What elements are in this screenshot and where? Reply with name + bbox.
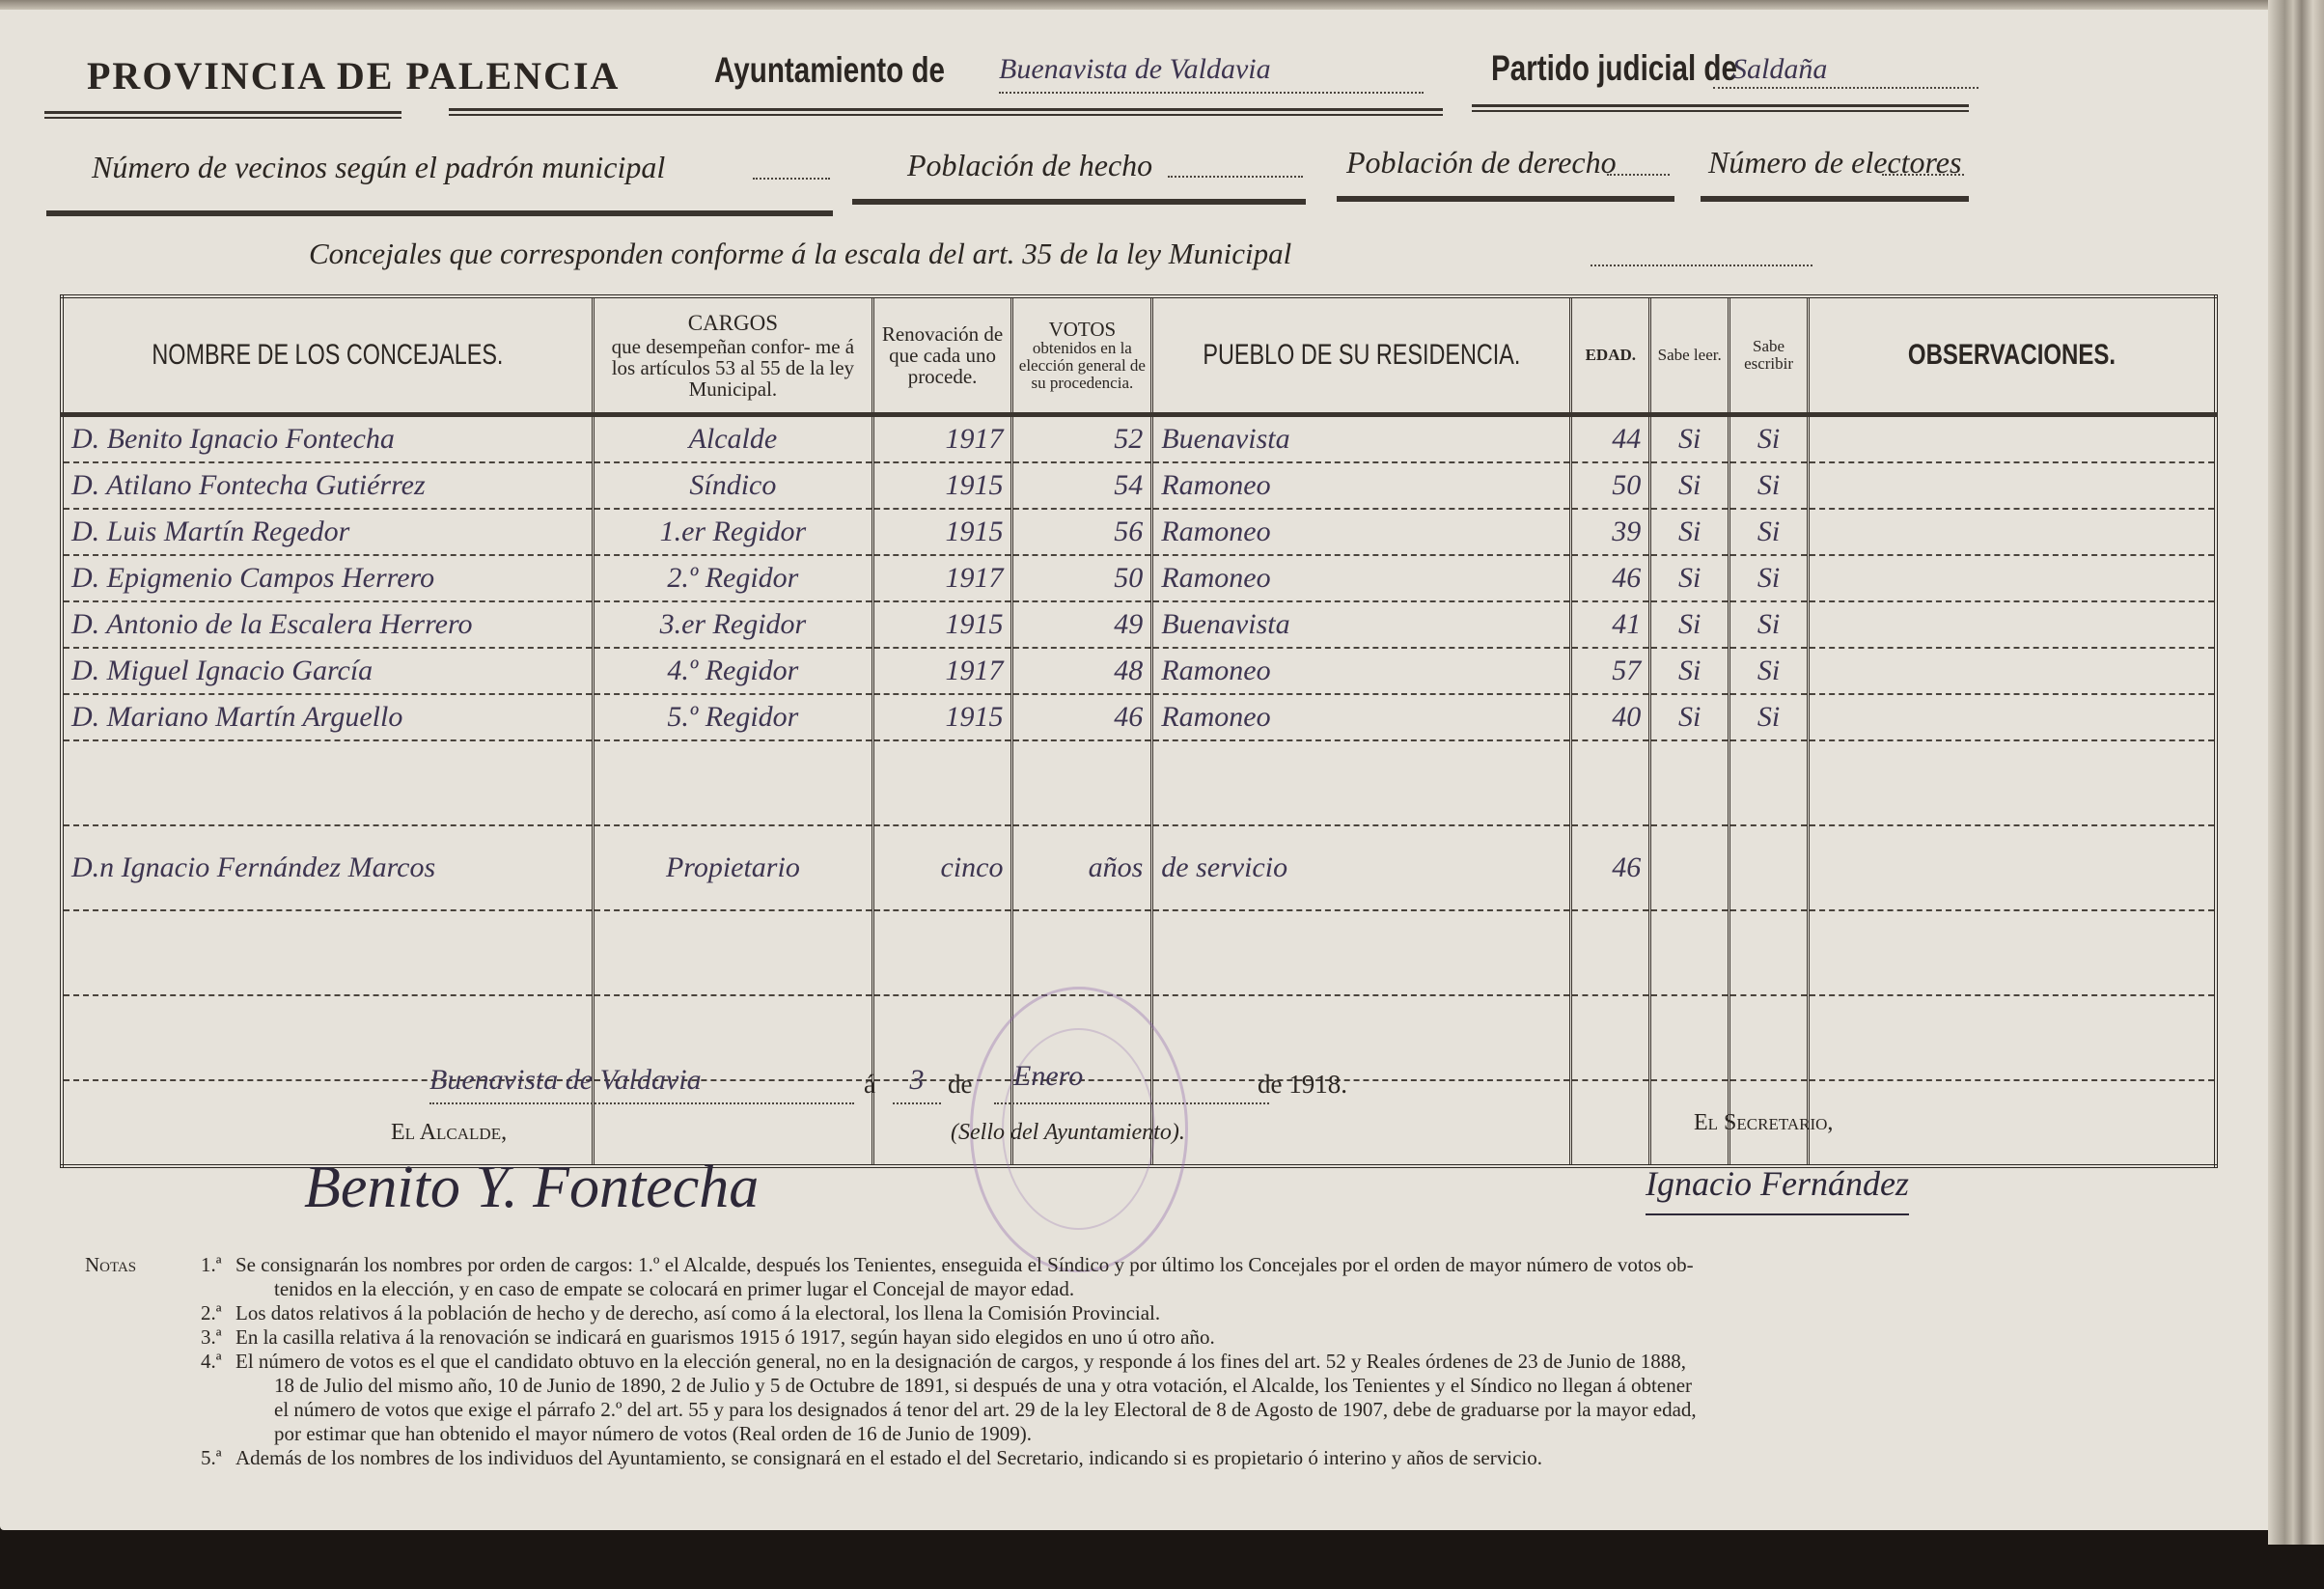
cell-leer[interactable]: Si bbox=[1650, 462, 1729, 509]
cell-renovacion[interactable]: 1917 bbox=[872, 648, 1012, 694]
cell-observaciones[interactable] bbox=[1809, 694, 2216, 740]
cell-votos[interactable] bbox=[1012, 910, 1152, 995]
cell-observaciones[interactable] bbox=[1809, 648, 2216, 694]
note-item: 3.ª En la casilla relativa á la renovaci… bbox=[85, 1325, 2291, 1350]
note-item: 4.ª El número de votos es el que el cand… bbox=[85, 1350, 2291, 1374]
notes-section: Notas 1.ª Se consignarán los nombres por… bbox=[85, 1253, 2291, 1470]
cell-escribir[interactable]: Si bbox=[1729, 648, 1809, 694]
cell-cargo[interactable]: Síndico bbox=[594, 462, 872, 509]
col-header-pueblo: PUEBLO DE SU RESIDENCIA. bbox=[1152, 296, 1571, 415]
cell-pueblo[interactable]: Buenavista bbox=[1152, 601, 1571, 648]
ayuntamiento-label: Ayuntamiento de bbox=[714, 50, 945, 91]
note-text: 18 de Julio del mismo año, 10 de Junio d… bbox=[85, 1374, 2291, 1398]
note-text: En la casilla relativa á la renovación s… bbox=[235, 1325, 2291, 1350]
cell-edad[interactable] bbox=[1571, 995, 1650, 1080]
electores-field[interactable] bbox=[1882, 170, 1964, 176]
cell-nombre[interactable]: D. Antonio de la Escalera Herrero bbox=[62, 601, 594, 648]
cell-renovacion[interactable]: 1917 bbox=[872, 415, 1012, 463]
cell-nombre[interactable]: D. Atilano Fontecha Gutiérrez bbox=[62, 462, 594, 509]
cell-renovacion[interactable]: cinco bbox=[872, 825, 1012, 910]
cell-escribir[interactable]: Si bbox=[1729, 694, 1809, 740]
cell-pueblo[interactable]: Buenavista bbox=[1152, 415, 1571, 463]
divider bbox=[1472, 104, 1969, 112]
cell-pueblo[interactable]: de servicio bbox=[1152, 825, 1571, 910]
divider bbox=[46, 210, 833, 216]
cell-votos[interactable]: 54 bbox=[1012, 462, 1152, 509]
table-row: D. Miguel Ignacio García 4.º Regidor 191… bbox=[62, 648, 2216, 694]
cell-escribir[interactable]: Si bbox=[1729, 601, 1809, 648]
table-row-secretario: D.n Ignacio Fernández Marcos Propietario… bbox=[62, 825, 2216, 910]
cell-observaciones[interactable] bbox=[1809, 601, 2216, 648]
cell-cargo[interactable]: Propietario bbox=[594, 825, 872, 910]
col-header-edad: EDAD. bbox=[1571, 296, 1650, 415]
note-item: 5.ª Además de los nombres de los individ… bbox=[85, 1446, 2291, 1470]
cell-pueblo[interactable]: Ramoneo bbox=[1152, 555, 1571, 601]
secretario-signature: Ignacio Fernández bbox=[1646, 1163, 1909, 1215]
cell-leer[interactable]: Si bbox=[1650, 415, 1729, 463]
cell-observaciones[interactable] bbox=[1809, 825, 2216, 910]
day-field[interactable]: 3 bbox=[893, 1064, 941, 1104]
table-row bbox=[62, 740, 2216, 825]
col-header-nombre: NOMBRE DE LOS CONCEJALES. bbox=[62, 296, 594, 415]
table-row: D. Antonio de la Escalera Herrero 3.er R… bbox=[62, 601, 2216, 648]
cell-observaciones[interactable] bbox=[1809, 740, 2216, 825]
divider bbox=[1337, 196, 1674, 202]
divider bbox=[1701, 196, 1969, 202]
concejales-field[interactable] bbox=[1591, 261, 1812, 266]
table-row: D. Benito Ignacio Fontecha Alcalde 1917 … bbox=[62, 415, 2216, 463]
divider bbox=[449, 108, 1443, 116]
col-header-cargos: CARGOS que desempeñan confor- me á los a… bbox=[594, 296, 872, 415]
hecho-label: Población de hecho bbox=[907, 148, 1152, 183]
note-text: por estimar que han obtenido el mayor nú… bbox=[85, 1422, 2291, 1446]
concejales-label: Concejales que corresponden conforme á l… bbox=[309, 237, 1291, 271]
cell-edad[interactable] bbox=[1571, 910, 1650, 995]
cell-edad[interactable]: 39 bbox=[1571, 509, 1650, 555]
alcalde-label: El Alcalde, bbox=[391, 1120, 507, 1146]
table-header-row: NOMBRE DE LOS CONCEJALES. CARGOS que des… bbox=[62, 296, 2216, 415]
note-number: 4.ª bbox=[201, 1350, 235, 1374]
cell-pueblo[interactable]: Ramoneo bbox=[1152, 648, 1571, 694]
cell-renovacion[interactable]: 1917 bbox=[872, 555, 1012, 601]
cell-escribir[interactable]: Si bbox=[1729, 509, 1809, 555]
cell-observaciones[interactable] bbox=[1809, 415, 2216, 463]
cell-cargo[interactable]: 1.er Regidor bbox=[594, 509, 872, 555]
cell-escribir[interactable] bbox=[1729, 740, 1809, 825]
partido-field[interactable]: Saldaña bbox=[1713, 53, 1978, 89]
hecho-field[interactable] bbox=[1168, 172, 1303, 178]
cell-renovacion[interactable]: 1915 bbox=[872, 462, 1012, 509]
cell-cargo[interactable]: Alcalde bbox=[594, 415, 872, 463]
cell-nombre[interactable]: D. Mariano Martín Arguello bbox=[62, 694, 594, 740]
cell-pueblo[interactable] bbox=[1152, 740, 1571, 825]
table-row: D. Mariano Martín Arguello 5.º Regidor 1… bbox=[62, 694, 2216, 740]
secretario-label: El Secretario, bbox=[1694, 1110, 1833, 1136]
cell-votos[interactable]: 50 bbox=[1012, 555, 1152, 601]
cell-leer[interactable]: Si bbox=[1650, 648, 1729, 694]
cell-edad[interactable]: 46 bbox=[1571, 825, 1650, 910]
place-field[interactable]: Buenavista de Valdavia bbox=[429, 1064, 854, 1104]
cell-pueblo[interactable]: Ramoneo bbox=[1152, 509, 1571, 555]
cell-renovacion[interactable] bbox=[872, 910, 1012, 995]
ayuntamiento-field[interactable]: Buenavista de Valdavia bbox=[999, 53, 1424, 94]
table-row bbox=[62, 910, 2216, 995]
derecho-label: Población de derecho bbox=[1346, 145, 1617, 181]
cell-cargo[interactable] bbox=[594, 910, 872, 995]
cell-edad[interactable]: 44 bbox=[1571, 415, 1650, 463]
col-header-votos: VOTOS obtenidos en la elección general d… bbox=[1012, 296, 1152, 415]
cell-cargo[interactable]: 3.er Regidor bbox=[594, 601, 872, 648]
cell-votos[interactable]: años bbox=[1012, 825, 1152, 910]
col-header-renovacion: Renovación de que cada uno procede. bbox=[872, 296, 1012, 415]
table-row: D. Luis Martín Regedor 1.er Regidor 1915… bbox=[62, 509, 2216, 555]
cell-nombre[interactable] bbox=[62, 910, 594, 995]
divider bbox=[44, 111, 401, 119]
col-header-leer: Sabe leer. bbox=[1650, 296, 1729, 415]
alcalde-signature: Benito Y. Fontecha bbox=[304, 1154, 759, 1222]
note-text: el número de votos que exige el párrafo … bbox=[85, 1398, 2291, 1422]
cell-nombre[interactable]: D. Epigmenio Campos Herrero bbox=[62, 555, 594, 601]
cell-renovacion[interactable] bbox=[872, 740, 1012, 825]
table-row: D. Epigmenio Campos Herrero 2.º Regidor … bbox=[62, 555, 2216, 601]
cell-renovacion[interactable]: 1915 bbox=[872, 509, 1012, 555]
cell-observaciones[interactable] bbox=[1809, 555, 2216, 601]
cell-escribir[interactable] bbox=[1729, 825, 1809, 910]
col-header-observaciones: OBSERVACIONES. bbox=[1809, 296, 2216, 415]
cell-pueblo[interactable]: Ramoneo bbox=[1152, 694, 1571, 740]
note-number: 3.ª bbox=[201, 1325, 235, 1350]
note-number: 5.ª bbox=[201, 1446, 235, 1470]
page-top-edge bbox=[0, 0, 2324, 10]
month-field[interactable]: Enero bbox=[994, 1060, 1269, 1104]
table-row: D. Atilano Fontecha Gutiérrez Síndico 19… bbox=[62, 462, 2216, 509]
cell-edad[interactable]: 50 bbox=[1571, 462, 1650, 509]
date-de: de bbox=[948, 1070, 972, 1100]
note-item: Notas 1.ª Se consignarán los nombres por… bbox=[85, 1253, 2291, 1277]
note-text: tenidos en la elección, y en caso de emp… bbox=[85, 1277, 2291, 1301]
cell-observaciones[interactable] bbox=[1809, 509, 2216, 555]
cell-votos[interactable]: 56 bbox=[1012, 509, 1152, 555]
cell-renovacion[interactable]: 1915 bbox=[872, 601, 1012, 648]
cell-nombre[interactable]: D.n Ignacio Fernández Marcos bbox=[62, 825, 594, 910]
cell-leer[interactable] bbox=[1650, 995, 1729, 1080]
cell-renovacion[interactable]: 1915 bbox=[872, 694, 1012, 740]
cell-edad[interactable] bbox=[1571, 1080, 1650, 1166]
vecinos-label: Número de vecinos según el padrón munici… bbox=[92, 150, 665, 185]
cell-nombre[interactable]: D. Benito Ignacio Fontecha bbox=[62, 415, 594, 463]
cell-cargo[interactable]: 2.º Regidor bbox=[594, 555, 872, 601]
notes-label: Notas bbox=[85, 1253, 201, 1277]
note-text: Además de los nombres de los individuos … bbox=[235, 1446, 2291, 1470]
cell-nombre[interactable]: D. Luis Martín Regedor bbox=[62, 509, 594, 555]
note-text: Los datos relativos á la población de he… bbox=[235, 1301, 2291, 1325]
cell-edad[interactable] bbox=[1571, 740, 1650, 825]
cell-escribir[interactable] bbox=[1729, 995, 1809, 1080]
cell-votos[interactable] bbox=[1012, 740, 1152, 825]
cell-observaciones[interactable] bbox=[1809, 1080, 2216, 1166]
cell-edad[interactable]: 40 bbox=[1571, 694, 1650, 740]
cell-votos[interactable]: 48 bbox=[1012, 648, 1152, 694]
partido-label: Partido judicial de bbox=[1491, 48, 1737, 89]
note-number: 2.ª bbox=[201, 1301, 235, 1325]
derecho-field[interactable] bbox=[1607, 170, 1670, 176]
cell-cargo[interactable]: 4.º Regidor bbox=[594, 648, 872, 694]
cell-observaciones[interactable] bbox=[1809, 462, 2216, 509]
divider bbox=[852, 199, 1306, 205]
cell-observaciones[interactable] bbox=[1809, 910, 2216, 995]
cell-pueblo[interactable] bbox=[1152, 910, 1571, 995]
col-header-escribir: Sabe escribir bbox=[1729, 296, 1809, 415]
cell-nombre[interactable] bbox=[62, 740, 594, 825]
cell-leer[interactable] bbox=[1650, 825, 1729, 910]
cell-votos[interactable]: 46 bbox=[1012, 694, 1152, 740]
cell-leer[interactable]: Si bbox=[1650, 555, 1729, 601]
cell-escribir[interactable]: Si bbox=[1729, 555, 1809, 601]
cell-edad[interactable]: 41 bbox=[1571, 601, 1650, 648]
cell-escribir[interactable]: Si bbox=[1729, 415, 1809, 463]
year-text: de 1918. bbox=[1258, 1070, 1347, 1100]
sello-label: (Sello del Ayuntamiento). bbox=[951, 1120, 1185, 1146]
cell-votos[interactable]: 49 bbox=[1012, 601, 1152, 648]
cell-leer[interactable]: Si bbox=[1650, 601, 1729, 648]
note-text: El número de votos es el que el candidat… bbox=[235, 1350, 2291, 1374]
cell-pueblo[interactable]: Ramoneo bbox=[1152, 462, 1571, 509]
cell-leer[interactable] bbox=[1650, 910, 1729, 995]
cell-leer[interactable] bbox=[1650, 740, 1729, 825]
date-a: á bbox=[864, 1070, 875, 1100]
cell-cargo[interactable]: 5.º Regidor bbox=[594, 694, 872, 740]
cell-cargo[interactable] bbox=[594, 740, 872, 825]
note-text: Se consignarán los nombres por orden de … bbox=[235, 1253, 2291, 1277]
note-item: 2.ª Los datos relativos á la población d… bbox=[85, 1301, 2291, 1325]
cell-escribir[interactable] bbox=[1729, 910, 1809, 995]
cell-escribir[interactable]: Si bbox=[1729, 462, 1809, 509]
note-number: 1.ª bbox=[201, 1253, 235, 1277]
vecinos-field[interactable] bbox=[753, 174, 830, 180]
cell-edad[interactable]: 57 bbox=[1571, 648, 1650, 694]
cell-votos[interactable]: 52 bbox=[1012, 415, 1152, 463]
cell-edad[interactable]: 46 bbox=[1571, 555, 1650, 601]
cell-nombre[interactable]: D. Miguel Ignacio García bbox=[62, 648, 594, 694]
cell-leer[interactable]: Si bbox=[1650, 694, 1729, 740]
cell-leer[interactable]: Si bbox=[1650, 509, 1729, 555]
province-title: PROVINCIA DE PALENCIA bbox=[87, 53, 620, 98]
cell-observaciones[interactable] bbox=[1809, 995, 2216, 1080]
